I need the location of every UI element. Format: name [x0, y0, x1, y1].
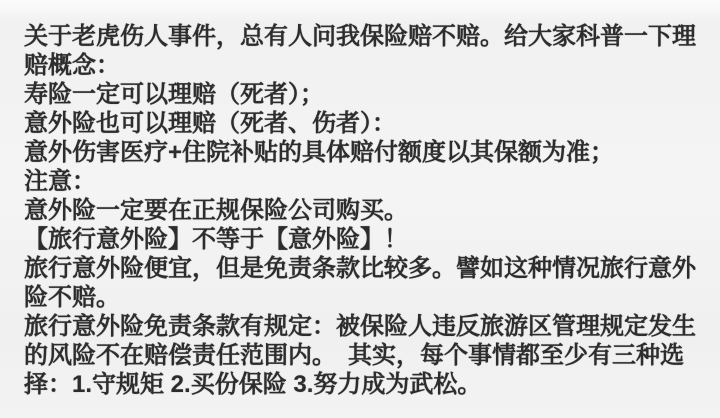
- text-line: 意外险一定要在正规保险公司购买。: [24, 196, 706, 225]
- text-line: 意外险也可以理赔（死者、伤者）：: [24, 109, 706, 138]
- text-line: 意外伤害医疗+住院补贴的具体赔付额度以其保额为准；: [24, 138, 706, 167]
- text-line: 旅行意外险免责条款有规定：被保险人违反旅游区管理规定发生: [24, 312, 706, 341]
- text-line: 的风险不在赔偿责任范围内。 其实，每个事情都至少有三种选: [24, 341, 706, 370]
- text-line: 旅行意外险便宜，但是免责条款比较多。譬如这种情况旅行意外: [24, 254, 706, 283]
- text-line: 寿险一定可以理赔（死者）；: [24, 80, 706, 109]
- text-line: 注意：: [24, 167, 706, 196]
- text-line: 关于老虎伤人事件，总有人问我保险赔不赔。给大家科普一下理: [24, 22, 706, 51]
- text-line: 赔概念：: [24, 51, 706, 80]
- text-line: 【旅行意外险】不等于【意外险】！: [24, 225, 706, 254]
- text-line: 择：1.守规矩 2.买份保险 3.努力成为武松。: [24, 370, 706, 399]
- text-post: 关于老虎伤人事件，总有人问我保险赔不赔。给大家科普一下理 赔概念： 寿险一定可以…: [24, 22, 706, 399]
- text-line: 险不赔。: [24, 283, 706, 312]
